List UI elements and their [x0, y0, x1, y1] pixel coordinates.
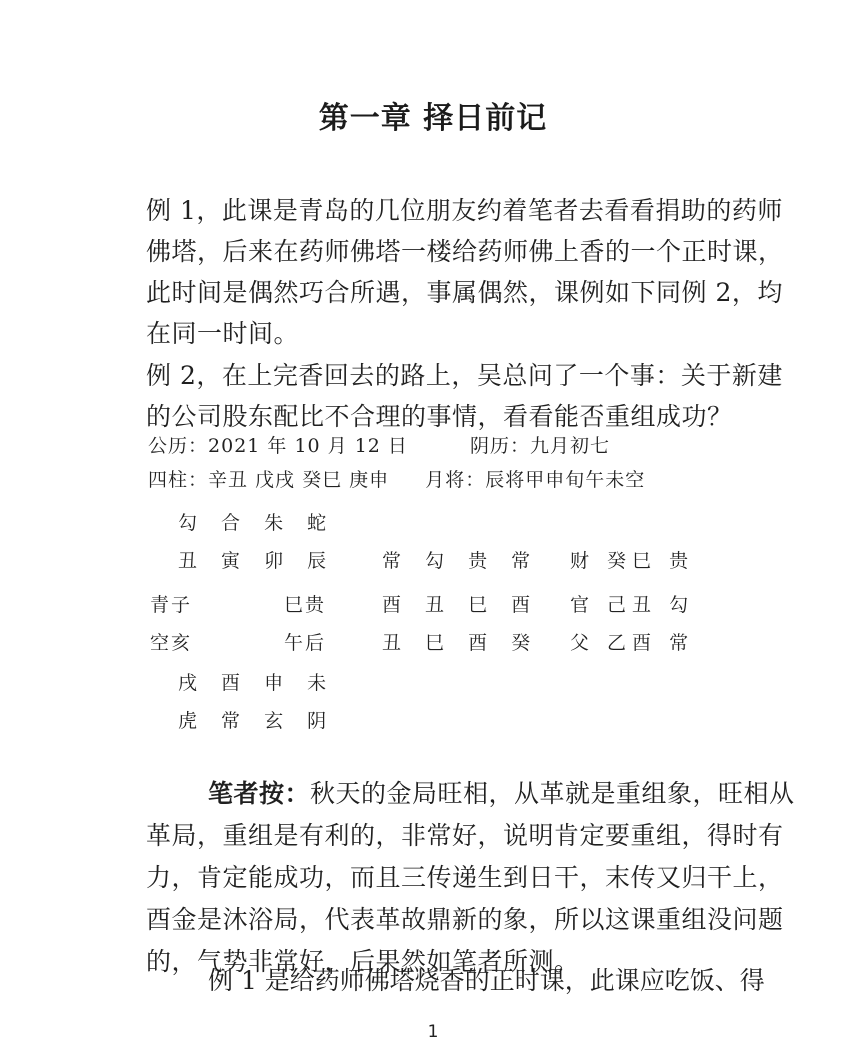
- tianpan-bottom-gods: 虎 常 玄 阴: [178, 706, 335, 733]
- yuejiang-value: 辰将甲申旬午未空: [485, 469, 645, 491]
- yinli-value: 九月初七: [530, 435, 610, 457]
- sanchuan-row1: 财 癸巳 贵: [570, 546, 694, 573]
- sizhu-label: 四柱：: [148, 469, 208, 491]
- sike-row3: 丑 巳 酉 癸: [382, 628, 539, 655]
- author-note-body: 秋天的金局旺相，从革就是重组象，旺相从革局，重组是有利的，非常好，说明肯定要重组…: [146, 779, 795, 976]
- paragraph-example-2: 例 2，在上完香回去的路上，吴总问了一个事：关于新建的公司股东配比不合理的事情，…: [146, 355, 806, 437]
- author-note-lead: 笔者按：: [208, 779, 310, 808]
- tianpan-top-gods: 勾 合 朱 蛇: [178, 508, 335, 535]
- yinli-label: 阴历：: [470, 435, 530, 457]
- tianpan-left-row1: 青子: [150, 590, 192, 617]
- tianpan-left-row2: 空亥: [150, 628, 192, 655]
- document-page: 第一章 择日前记 例 1，此课是青岛的几位朋友约着笔者去看看捐助的药师佛塔，后来…: [0, 0, 866, 1053]
- calendar-info-row: 公历：2021 年 10 月 12 日 阴历：九月初七: [148, 431, 610, 458]
- paragraph-example-1-explanation-text: 例 1 是给药师佛塔烧香的正时课，此课应吃饭、得: [208, 966, 765, 995]
- author-note: 笔者按：秋天的金局旺相，从革就是重组象，旺相从革局，重组是有利的，非常好，说明肯…: [146, 773, 806, 983]
- tianpan-top-branches: 丑 寅 卯 辰: [178, 546, 335, 573]
- chapter-title: 第一章 择日前记: [0, 93, 866, 137]
- paragraph-example-1: 例 1，此课是青岛的几位朋友约着笔者去看看捐助的药师佛塔，后来在药师佛塔一楼给药…: [146, 190, 806, 354]
- sanchuan-row2: 官 己丑 勾: [570, 590, 694, 617]
- page-number: 1: [0, 1022, 866, 1042]
- sike-row2: 酉 丑 巳 酉: [382, 590, 539, 617]
- tianpan-right-row1: 巳贵: [284, 590, 326, 617]
- tianpan-right-row2: 午后: [284, 628, 326, 655]
- gongli-label: 公历：: [148, 435, 208, 457]
- sizhu-value: 辛丑 戊戌 癸巳 庚申: [208, 469, 389, 491]
- gongli-value: 2021 年 10 月 12 日: [208, 435, 408, 457]
- sanchuan-row3: 父 乙酉 常: [570, 628, 694, 655]
- paragraph-example-1-explanation: 例 1 是给药师佛塔烧香的正时课，此课应吃饭、得: [146, 960, 806, 1002]
- sizhu-info-row: 四柱：辛丑 戊戌 癸巳 庚申 月将：辰将甲申旬午未空: [148, 465, 645, 492]
- yuejiang-label: 月将：: [425, 469, 485, 491]
- tianpan-bottom-branches: 戌 酉 申 未: [178, 668, 335, 695]
- sike-row1: 常 勾 贵 常: [382, 546, 539, 573]
